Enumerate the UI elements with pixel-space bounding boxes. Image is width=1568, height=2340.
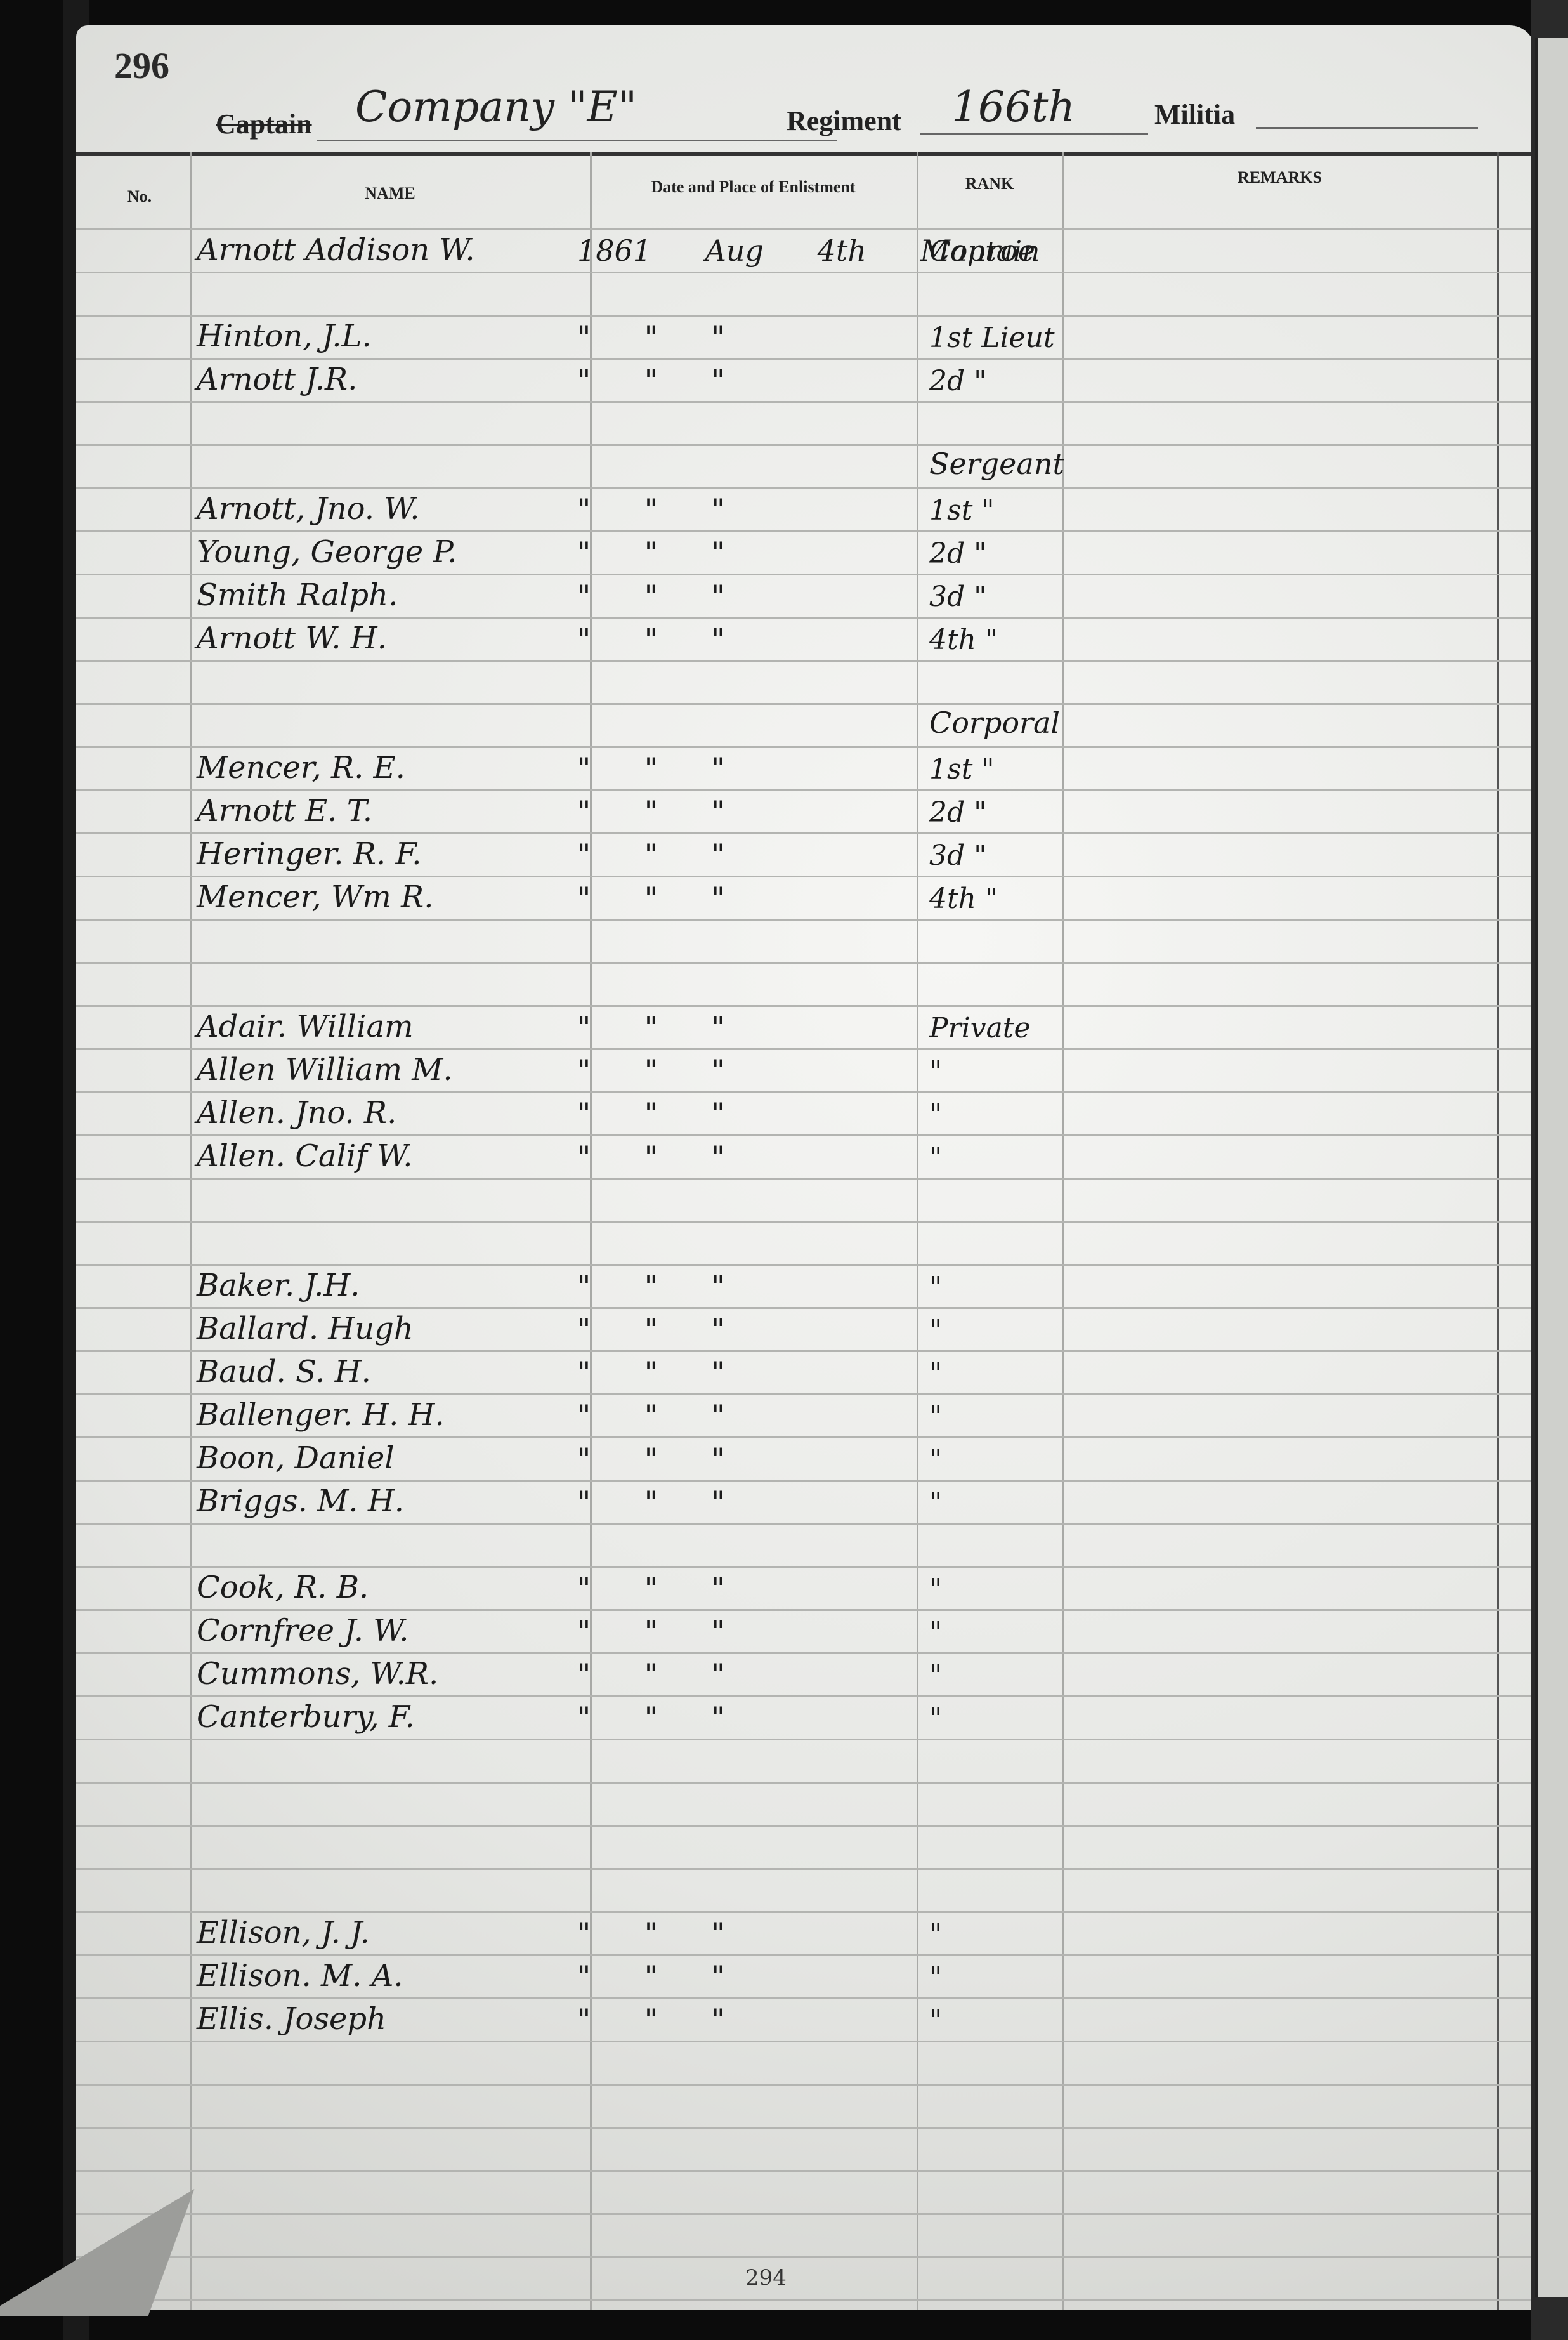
table-row: Mencer, Wm R." " "4th " — [76, 879, 1535, 917]
column-header-no: No. — [89, 187, 190, 206]
soldier-name: Ballard. Hugh — [197, 1311, 414, 1346]
ruled-line — [76, 1911, 1535, 1913]
ruled-line — [76, 2170, 1535, 2172]
rank-cell: 1st " — [929, 753, 994, 785]
soldier-name: Allen. Jno. R. — [197, 1095, 396, 1131]
enlistment-cell: " " " — [577, 881, 725, 915]
table-row: Heringer. R. F." " "3d " — [76, 836, 1535, 874]
rank-cell: 3d " — [929, 839, 986, 872]
enlistment-cell: " " " — [577, 320, 725, 354]
regiment-value: 166th — [951, 82, 1075, 131]
rank-cell: 4th " — [929, 883, 998, 915]
ruled-line — [76, 1609, 1535, 1611]
soldier-name: Mencer, R. E. — [197, 750, 405, 785]
table-row: Ellison. M. A." " "" — [76, 1958, 1535, 1996]
ruled-line — [76, 1825, 1535, 1827]
ruled-line — [76, 1782, 1535, 1784]
ruled-line — [76, 1307, 1535, 1309]
rank-cell: 4th " — [929, 624, 998, 656]
ruled-line — [76, 2299, 1535, 2301]
rank-cell: " — [929, 1098, 942, 1131]
soldier-name: Boon, Daniel — [197, 1440, 395, 1476]
footer-number: 294 — [745, 2265, 787, 2291]
table-row: Arnott E. T." " "2d " — [76, 793, 1535, 831]
enlistment-cell: " " " — [577, 622, 725, 656]
soldier-name: Ellison, J. J. — [197, 1915, 370, 1950]
soldier-name: Arnott E. T. — [197, 793, 372, 829]
enlistment-cell: " " " — [577, 1096, 725, 1131]
table-row: Cummons, W.R." " "" — [76, 1656, 1535, 1694]
rank-cell: " — [929, 2004, 942, 2037]
ruled-line — [76, 228, 1535, 230]
ruled-line — [76, 1134, 1535, 1136]
captain-value: Company "E" — [355, 82, 637, 131]
table-row: Ellis. Joseph" " "" — [76, 2001, 1535, 2039]
soldier-name: Heringer. R. F. — [197, 836, 422, 872]
ruled-line — [76, 1178, 1535, 1180]
enlistment-cell: " " " — [577, 1398, 725, 1433]
captain-label: Captain — [216, 108, 312, 140]
column-header-name: NAME — [190, 184, 590, 203]
enlistment-cell: " " " — [577, 2002, 725, 2037]
rank-cell: Private — [929, 1012, 1031, 1044]
ruled-line — [76, 358, 1535, 360]
table-row: Cook, R. B." " "" — [76, 1570, 1535, 1608]
enlistment-cell: " " " — [577, 1657, 725, 1692]
ruled-line — [76, 444, 1535, 446]
ruled-line — [76, 1221, 1535, 1223]
soldier-name: Smith Ralph. — [197, 577, 398, 613]
table-row: Ballard. Hugh" " "" — [76, 1311, 1535, 1349]
table-row: Allen William M." " "" — [76, 1052, 1535, 1090]
soldier-name: Mencer, Wm R. — [197, 879, 433, 915]
ruled-line — [76, 2084, 1535, 2086]
ruled-line — [76, 789, 1535, 791]
enlistment-cell: " " " — [577, 1442, 725, 1476]
militia-label: Militia — [1154, 98, 1235, 131]
ruled-line — [76, 1566, 1535, 1568]
ruled-line — [76, 315, 1535, 317]
ruled-line — [76, 2041, 1535, 2042]
table-row: Mencer, R. E." " "1st " — [76, 750, 1535, 788]
ruled-line — [76, 1868, 1535, 1870]
ruled-line — [76, 1480, 1535, 1482]
rank-cell: 1st Lieut — [929, 322, 1055, 354]
column-header-enlistment: Date and Place of Enlistment — [590, 178, 917, 197]
soldier-name: Ellis. Joseph — [197, 2001, 386, 2037]
ruled-line — [76, 401, 1535, 403]
rank-section-heading: Sergeant — [929, 447, 1064, 481]
table-row: Arnott W. H." " "4th " — [76, 621, 1535, 659]
table-row: Ellison, J. J." " "" — [76, 1915, 1535, 1953]
soldier-name: Briggs. M. H. — [197, 1483, 404, 1519]
table-row: Young, George P." " "2d " — [76, 534, 1535, 572]
rank-cell: Captain — [929, 235, 1040, 268]
ruled-line — [76, 2127, 1535, 2129]
ruled-line — [76, 919, 1535, 921]
enlistment-cell: " " " — [577, 1485, 725, 1519]
ruled-line — [76, 660, 1535, 662]
ruled-line — [76, 1739, 1535, 1740]
ruled-line — [76, 1048, 1535, 1050]
enlistment-cell: " " " — [577, 1010, 725, 1044]
rank-cell: " — [929, 1961, 942, 1994]
ruled-line — [76, 487, 1535, 489]
table-row: Arnott Addison W.1861 Aug 4th MonroeCapt… — [76, 232, 1535, 270]
ruled-line — [76, 1350, 1535, 1352]
ruled-line — [76, 574, 1535, 575]
soldier-name: Baker. J.H. — [197, 1268, 360, 1303]
soldier-name: Young, George P. — [197, 534, 457, 570]
next-page-edge — [1531, 0, 1568, 2340]
rank-cell: " — [929, 1141, 942, 1174]
enlistment-cell: " " " — [577, 1312, 725, 1346]
page-number: 296 — [114, 44, 169, 87]
soldier-name: Baud. S. H. — [197, 1354, 371, 1390]
soldier-name: Cook, R. B. — [197, 1570, 369, 1605]
soldier-name: Adair. William — [197, 1009, 414, 1044]
ruled-line — [76, 1523, 1535, 1525]
soldier-name: Canterbury, F. — [197, 1699, 415, 1735]
ruled-line — [76, 1954, 1535, 1956]
soldier-name: Cornfree J. W. — [197, 1613, 409, 1648]
militia-underline — [1256, 127, 1478, 129]
table-row: Boon, Daniel" " "" — [76, 1440, 1535, 1478]
soldier-name: Cummons, W.R. — [197, 1656, 438, 1692]
soldier-name: Arnott, Jno. W. — [197, 491, 419, 527]
rank-cell: 2d " — [929, 796, 986, 829]
table-row: Canterbury, F." " "" — [76, 1699, 1535, 1737]
enlistment-cell: " " " — [577, 838, 725, 872]
ruled-line — [76, 1005, 1535, 1007]
enlistment-cell: " " " — [577, 794, 725, 829]
table-row: Adair. William" " "Private — [76, 1009, 1535, 1047]
rank-cell: " — [929, 1616, 942, 1648]
rank-cell: 2d " — [929, 365, 986, 397]
captain-underline — [317, 140, 837, 141]
table-row: Arnott J.R." " "2d " — [76, 362, 1535, 400]
table-row: Ballenger. H. H." " "" — [76, 1397, 1535, 1435]
soldier-name: Allen William M. — [197, 1052, 453, 1088]
ruled-line — [76, 617, 1535, 619]
ruled-line — [76, 1997, 1535, 1999]
enlistment-cell: " " " — [577, 1355, 725, 1390]
enlistment-cell: " " " — [577, 1269, 725, 1303]
ruled-line — [76, 876, 1535, 878]
enlistment-cell: " " " — [577, 492, 725, 527]
ruled-line — [76, 1264, 1535, 1266]
ruled-line — [76, 2213, 1535, 2215]
soldier-name: Arnott J.R. — [197, 362, 357, 397]
soldier-name: Arnott Addison W. — [197, 232, 475, 268]
rank-cell: " — [929, 1271, 942, 1303]
enlistment-cell: " " " — [577, 1140, 725, 1174]
ruled-line — [76, 272, 1535, 273]
ruled-line — [76, 746, 1535, 748]
rank-cell: " — [929, 1702, 942, 1735]
rank-cell: " — [929, 1918, 942, 1950]
enlistment-cell: " " " — [577, 1700, 725, 1735]
ruled-line — [76, 2256, 1535, 2258]
table-row: Briggs. M. H." " "" — [76, 1483, 1535, 1522]
table-row: Hinton, J.L." " "1st Lieut — [76, 319, 1535, 357]
table-row: Cornfree J. W." " "" — [76, 1613, 1535, 1651]
rank-cell: " — [929, 1357, 942, 1390]
enlistment-cell: " " " — [577, 1571, 725, 1605]
ruled-line — [76, 1393, 1535, 1395]
rank-section-heading: Corporal — [929, 706, 1060, 740]
soldier-name: Allen. Calif W. — [197, 1138, 412, 1174]
rank-cell: " — [929, 1573, 942, 1605]
header-rule — [76, 152, 1535, 156]
ledger-page: 296 Captain Company "E" Regiment 166th M… — [76, 25, 1535, 2310]
rank-cell: 2d " — [929, 537, 986, 570]
table-row: Allen. Calif W." " "" — [76, 1138, 1535, 1176]
rank-cell: " — [929, 1400, 942, 1433]
ruled-line — [76, 1652, 1535, 1654]
regiment-label: Regiment — [787, 105, 901, 137]
soldier-name: Hinton, J.L. — [197, 319, 372, 354]
ruled-line — [76, 1436, 1535, 1438]
ruled-line — [76, 703, 1535, 705]
soldier-name: Ellison. M. A. — [197, 1958, 403, 1994]
rank-cell: " — [929, 1314, 942, 1346]
ruled-line — [76, 962, 1535, 964]
enlistment-cell: " " " — [577, 579, 725, 613]
rank-cell: " — [929, 1659, 942, 1692]
enlistment-cell: " " " — [577, 1053, 725, 1088]
rank-cell: " — [929, 1055, 942, 1088]
rank-cell: " — [929, 1443, 942, 1476]
ruled-line — [76, 530, 1535, 532]
column-header-remarks: REMARKS — [1062, 168, 1497, 187]
ruled-line — [76, 1091, 1535, 1093]
enlistment-cell: " " " — [577, 1614, 725, 1648]
rank-cell: " — [929, 1487, 942, 1519]
table-row: Baker. J.H." " "" — [76, 1268, 1535, 1306]
table-row: Arnott, Jno. W." " "1st " — [76, 491, 1535, 529]
ruled-line — [76, 832, 1535, 834]
regiment-underline — [920, 133, 1148, 135]
soldier-name: Arnott W. H. — [197, 621, 387, 656]
table-row: Baud. S. H." " "" — [76, 1354, 1535, 1392]
enlistment-cell: " " " — [577, 751, 725, 785]
table-row: Allen. Jno. R." " "" — [76, 1095, 1535, 1133]
rank-cell: 3d " — [929, 581, 986, 613]
enlistment-cell: " " " — [577, 536, 725, 570]
ruled-line — [76, 1695, 1535, 1697]
enlistment-cell: " " " — [577, 1916, 725, 1950]
enlistment-cell: " " " — [577, 363, 725, 397]
soldier-name: Ballenger. H. H. — [197, 1397, 445, 1433]
enlistment-cell: " " " — [577, 1959, 725, 1994]
table-row: Smith Ralph." " "3d " — [76, 577, 1535, 615]
rank-cell: 1st " — [929, 494, 994, 527]
column-header-rank: RANK — [917, 174, 1062, 194]
